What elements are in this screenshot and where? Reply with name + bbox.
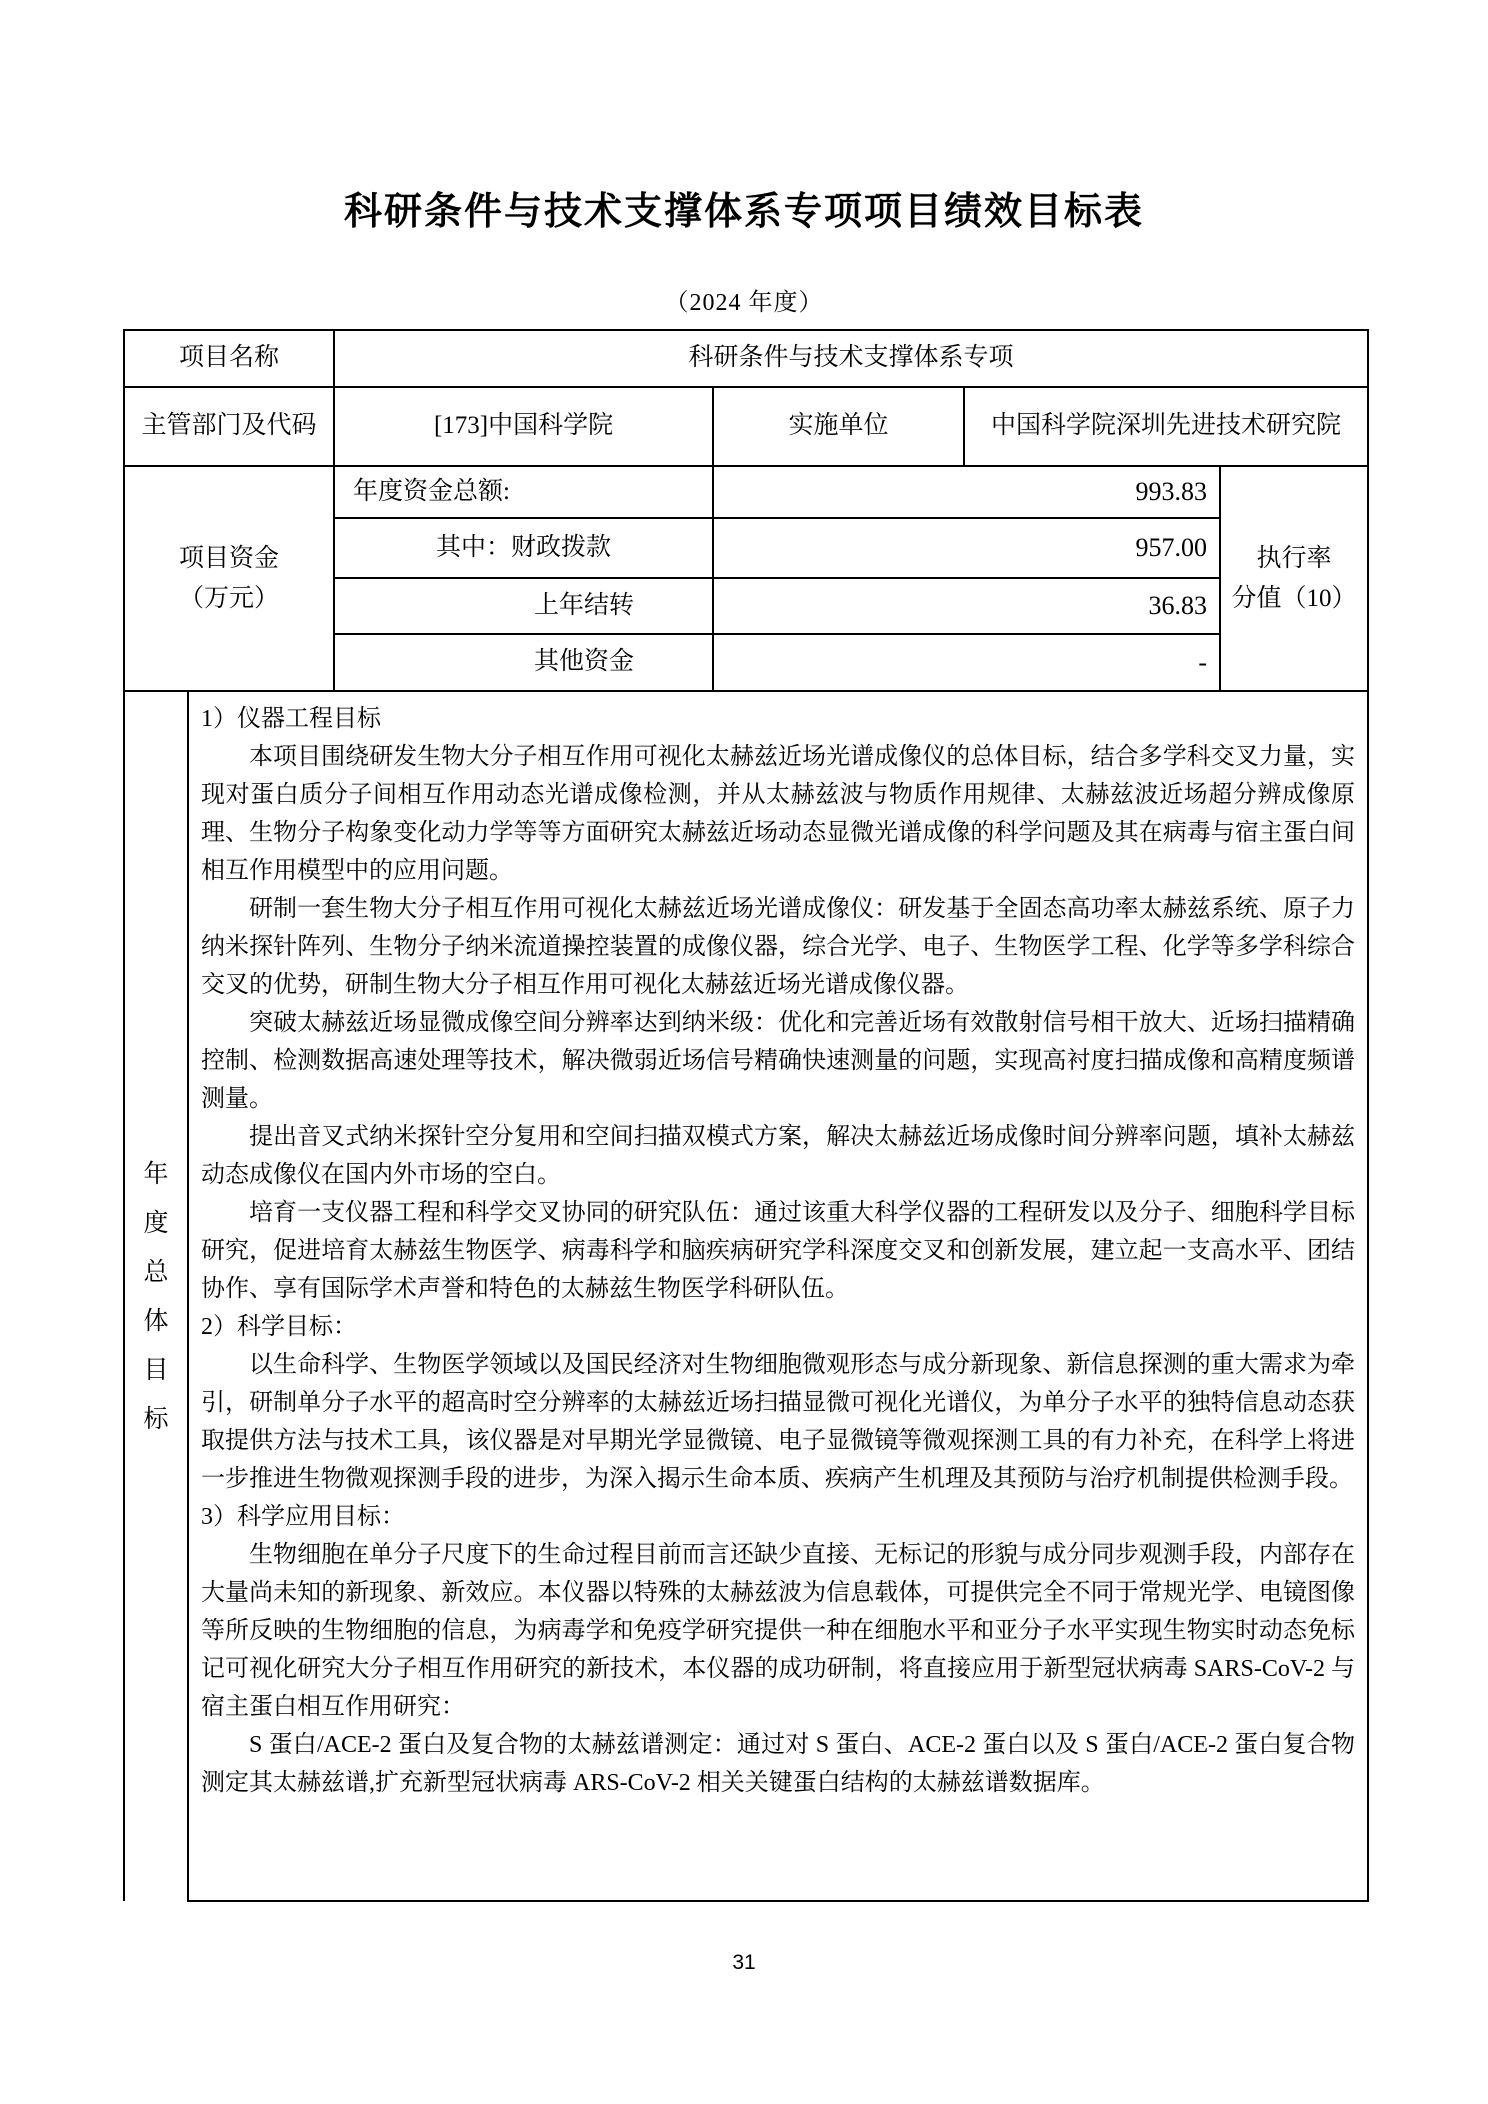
page-title: 科研条件与技术支撑体系专项项目绩效目标表 <box>0 180 1488 235</box>
funding-fiscal-label: 其中：财政拨款 <box>334 518 713 578</box>
goal-paragraph: 培育一支仪器工程和科学交叉协同的研究队伍：通过该重大科学仪器的工程研发以及分子、… <box>201 1194 1355 1308</box>
department-value: [173]中国科学院 <box>334 387 713 466</box>
execution-rate-score: 执行率 分值（10） <box>1220 466 1368 691</box>
funding-total-label: 年度资金总额: <box>334 466 713 518</box>
row-project-name: 项目名称 科研条件与技术支撑体系专项 <box>124 330 1368 387</box>
execution-rate-line1: 执行率 <box>1227 539 1361 579</box>
goal-paragraph: 生物细胞在单分子尺度下的生命过程目前而言还缺少直接、无标记的形貌与成分同步观测手… <box>201 1536 1355 1726</box>
annual-goal-text-cell: 1）仪器工程目标 本项目围绕研发生物大分子相互作用可视化太赫兹近场光谱成像仪的总… <box>188 691 1368 1901</box>
goal-heading-2: 2）科学目标： <box>201 1308 1355 1346</box>
funding-label: 项目资金 （万元） <box>124 466 334 691</box>
funding-other-label: 其他资金 <box>334 634 713 691</box>
funding-total-value: 993.83 <box>713 466 1220 518</box>
department-label: 主管部门及代码 <box>124 387 334 466</box>
goal-paragraph: 突破太赫兹近场显微成像空间分辨率达到纳米级：优化和完善近场有效散射信号相干放大、… <box>201 1004 1355 1118</box>
row-department: 主管部门及代码 [173]中国科学院 实施单位 中国科学院深圳先进技术研究院 <box>124 387 1368 466</box>
goal-paragraph: 以生命科学、生物医学领域以及国民经济对生物细胞微观形态与成分新现象、新信息探测的… <box>201 1346 1355 1498</box>
implementing-unit-value: 中国科学院深圳先进技术研究院 <box>964 387 1368 466</box>
funding-label-line2: （万元） <box>131 579 327 619</box>
project-name-value: 科研条件与技术支撑体系专项 <box>334 330 1368 387</box>
row-funding-total: 项目资金 （万元） 年度资金总额: 993.83 执行率 分值（10） <box>124 466 1368 518</box>
funding-label-line1: 项目资金 <box>131 539 327 579</box>
page-subtitle-year: （2024 年度） <box>0 282 1488 317</box>
execution-rate-line2: 分值（10） <box>1227 579 1361 619</box>
goal-paragraph: 研制一套生物大分子相互作用可视化太赫兹近场光谱成像仪：研发基于全固态高功率太赫兹… <box>201 890 1355 1004</box>
goal-heading-1: 1）仪器工程目标 <box>201 700 1355 738</box>
goal-paragraph: 提出音叉式纳米探针空分复用和空间扫描双模式方案，解决太赫兹近场成像时间分辨率问题… <box>201 1118 1355 1194</box>
row-annual-goal: 年度总体目标 1）仪器工程目标 本项目围绕研发生物大分子相互作用可视化太赫兹近场… <box>124 691 1368 1901</box>
page-number: 31 <box>0 1951 1488 1975</box>
funding-fiscal-value: 957.00 <box>713 518 1220 578</box>
project-name-label: 项目名称 <box>124 330 334 387</box>
goal-paragraph: 本项目围绕研发生物大分子相互作用可视化太赫兹近场光谱成像仪的总体目标，结合多学科… <box>201 738 1355 890</box>
funding-carryover-label: 上年结转 <box>334 578 713 634</box>
goal-paragraph: S 蛋白/ACE-2 蛋白及复合物的太赫兹谱测定：通过对 S 蛋白、ACE-2 … <box>201 1726 1355 1802</box>
annual-goal-label-cell: 年度总体目标 <box>124 691 188 1901</box>
performance-target-table: 项目名称 科研条件与技术支撑体系专项 主管部门及代码 [173]中国科学院 实施… <box>123 329 1369 1902</box>
funding-carryover-value: 36.83 <box>713 578 1220 634</box>
implementing-unit-label: 实施单位 <box>713 387 964 466</box>
annual-goal-vertical-label: 年度总体目标 <box>143 1150 170 1444</box>
funding-other-value: - <box>713 634 1220 691</box>
goal-heading-3: 3）科学应用目标： <box>201 1498 1355 1536</box>
